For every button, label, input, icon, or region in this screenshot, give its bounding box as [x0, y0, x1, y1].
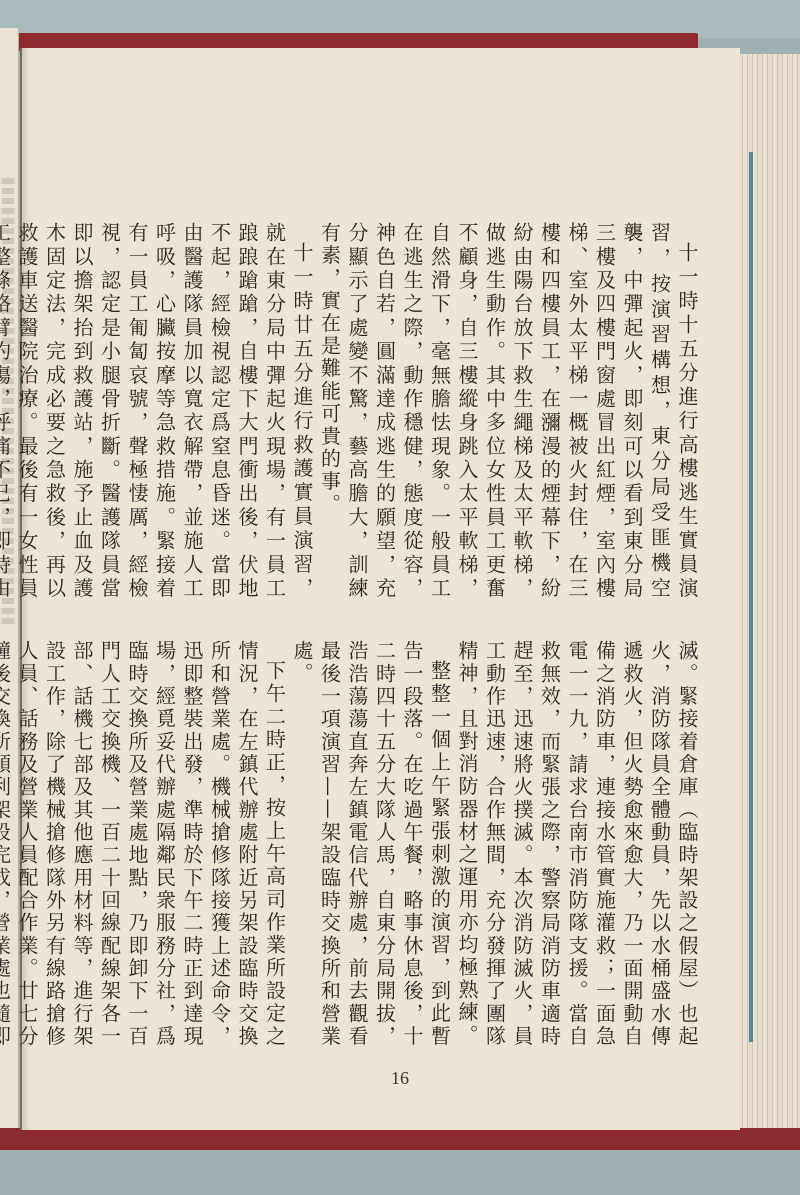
- page-stack-edge: [738, 54, 800, 1139]
- bookmark-ribbon: [749, 152, 753, 1042]
- upper-text-section: 十一時十五分進行高樓逃生實員演習，按演習構想，東分局受匪機空襲，中彈起火，即刻可…: [64, 222, 700, 600]
- book-binding-bottom: [0, 1128, 800, 1150]
- paragraph-first-aid-drill: 十一時廿五分進行救護實員演習，就在東分局中彈起火現場，有一員工踉踉蹌蹌，自樓下大…: [0, 222, 315, 600]
- paragraph-temporary-exchange: 下午二時正，按上午高司作業所設定之情況，在左鎮代辦處附近另架設臨時交換所和營業處…: [0, 640, 288, 1048]
- page-number: 16: [0, 1068, 800, 1089]
- paragraph-highrise-escape-drill: 十一時十五分進行高樓逃生實員演習，按演習構想，東分局受匪機空襲，中彈起火，即刻可…: [315, 222, 700, 600]
- paragraph-warehouse-fire: 滅。緊接着倉庫（臨時架設之假屋）也起火，消防隊員全體動員，先以水桶盛水傳遞救火，…: [453, 640, 701, 1048]
- paragraph-morning-summary: 整整一個上午緊張刺激的演習，到此暫告一段落。在吃過午餐，略事休息後，十二時四十五…: [288, 640, 453, 1048]
- lower-text-section: 滅。緊接着倉庫（臨時架設之假屋）也起火，消防隊員全體動員，先以水桶盛水傳遞救火，…: [64, 640, 700, 1048]
